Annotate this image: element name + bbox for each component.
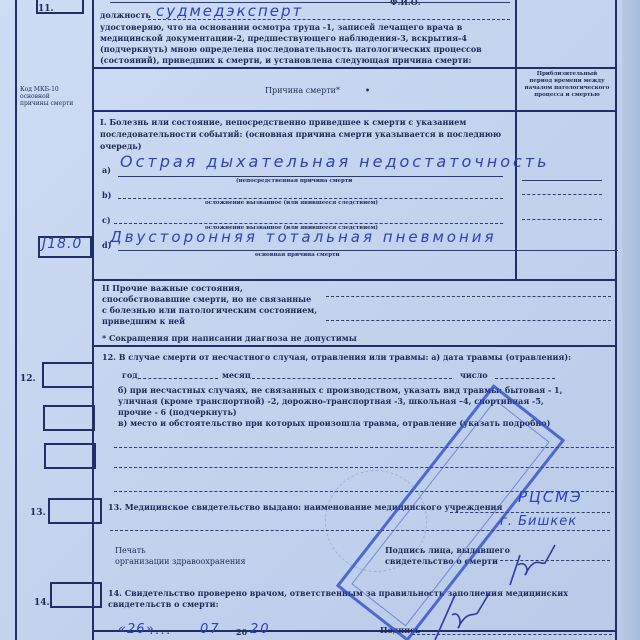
intro-line-1: удостоверяю, что на основании осмотра тр… — [100, 22, 462, 33]
intro-line-4: (состояний), приведших к смерти, и устан… — [100, 55, 471, 66]
section-1-line-1: I. Болезнь или состояние, непосредственн… — [100, 117, 466, 128]
item-13-label: 13. — [30, 508, 46, 518]
bottom-divider — [94, 630, 615, 632]
section-1-line-2: последовательности событий: (основная пр… — [100, 129, 501, 140]
year-line[interactable] — [138, 378, 218, 379]
cause-d-line — [118, 250, 618, 251]
interval-c-line[interactable] — [522, 219, 602, 220]
day-label: число — [460, 370, 488, 381]
cause-d-value[interactable]: Двусторонняя тотальная пневмония — [110, 228, 497, 246]
date-month[interactable]: 07 — [200, 622, 221, 637]
interval-b-line[interactable] — [522, 194, 602, 195]
month-line[interactable] — [252, 378, 452, 379]
cause-header-dot: • — [365, 85, 370, 96]
cause-header-divider — [94, 110, 615, 112]
seal-label: Печать организации здравоохранения — [115, 546, 246, 567]
icd-code-value[interactable]: J18.0 — [42, 236, 82, 252]
issuer-signature — [500, 535, 580, 595]
section-2-line-input-2[interactable] — [326, 320, 611, 321]
section-1-line-3: очередь) — [100, 141, 142, 152]
item-12-box-2[interactable] — [43, 405, 95, 431]
date-dots-1: . . . . — [150, 626, 170, 637]
code-column-divider — [92, 0, 94, 640]
cause-a-letter: a) — [102, 165, 111, 176]
item-12-label: 12. — [20, 374, 36, 384]
cause-header: Причина смерти* — [265, 86, 340, 97]
certificate-page: 11. Ф.И.О. должность судмедэксперт удост… — [0, 0, 640, 640]
item-14-label: 14. — [34, 598, 50, 608]
year-label: год — [122, 370, 138, 381]
section-2-line-input-1[interactable] — [326, 296, 611, 297]
section-12-a: 12. В случае смерти от несчастного случа… — [102, 352, 571, 363]
cause-b-line[interactable] — [118, 198, 503, 199]
left-border — [15, 0, 17, 640]
section-2-line-4: приведшим к ней — [102, 316, 185, 327]
cause-b-caption: осложнение вызванное (или явившееся след… — [205, 200, 378, 207]
cause-c-line[interactable] — [114, 223, 503, 224]
cause-d-caption: основная причина смерти — [255, 252, 340, 259]
item-11-box[interactable] — [36, 0, 84, 14]
month-label: месяц — [222, 370, 251, 381]
institution-value[interactable]: РЦСМЭ — [518, 488, 583, 506]
interval-header: Приблизительный период времени между нач… — [522, 71, 612, 99]
interval-column-divider — [515, 0, 517, 280]
cause-a-line — [118, 176, 503, 177]
intro-line-3: (подчеркнуть) мною определена последоват… — [100, 44, 482, 55]
item-12-box-3[interactable] — [44, 443, 96, 469]
cause-c-letter: c) — [102, 215, 111, 226]
right-border — [615, 0, 617, 640]
city-value[interactable]: г. Бишкек — [500, 514, 577, 529]
page-edge — [622, 0, 640, 640]
section-12-b-3: прочие - 6 (подчеркнуть) — [118, 407, 237, 418]
section-12-divider — [94, 345, 615, 347]
cause-a-value[interactable]: Острая дыхательная недостаточность — [120, 152, 550, 171]
item-12-box-1[interactable] — [42, 362, 94, 388]
position-label: должность — [100, 10, 151, 21]
day-line[interactable] — [495, 378, 555, 379]
date-year-prefix: 20 — [236, 627, 247, 638]
checker-signature — [430, 590, 510, 640]
cause-a-caption: (непосредственная причина смерти — [236, 178, 352, 185]
section-2-line-3: с болезнью или патологическим состоянием… — [102, 305, 317, 316]
position-value[interactable]: судмедэксперт — [156, 2, 303, 20]
section-14-line-2: свидетельств о смерти: — [108, 599, 219, 610]
interval-a-line[interactable] — [522, 180, 602, 181]
section-2-line-1: II Прочие важные состояния, — [102, 283, 243, 294]
header-divider — [94, 67, 615, 69]
item-13-box[interactable] — [48, 498, 102, 524]
section-2-line-2: способствовавшие смерти, но не связанные — [102, 294, 311, 305]
abbrev-note: * Сокращения при написании диагноза не д… — [102, 333, 357, 344]
intro-line-2: медицинской документации-2, предшествующ… — [100, 33, 467, 44]
item-14-box[interactable] — [50, 582, 102, 608]
cause-b-letter: b) — [102, 190, 111, 201]
icd-header: Код МКБ-10 основной причины смерти — [20, 86, 73, 107]
section-2-divider — [94, 279, 615, 281]
date-year-suffix[interactable]: 20 — [250, 622, 271, 637]
